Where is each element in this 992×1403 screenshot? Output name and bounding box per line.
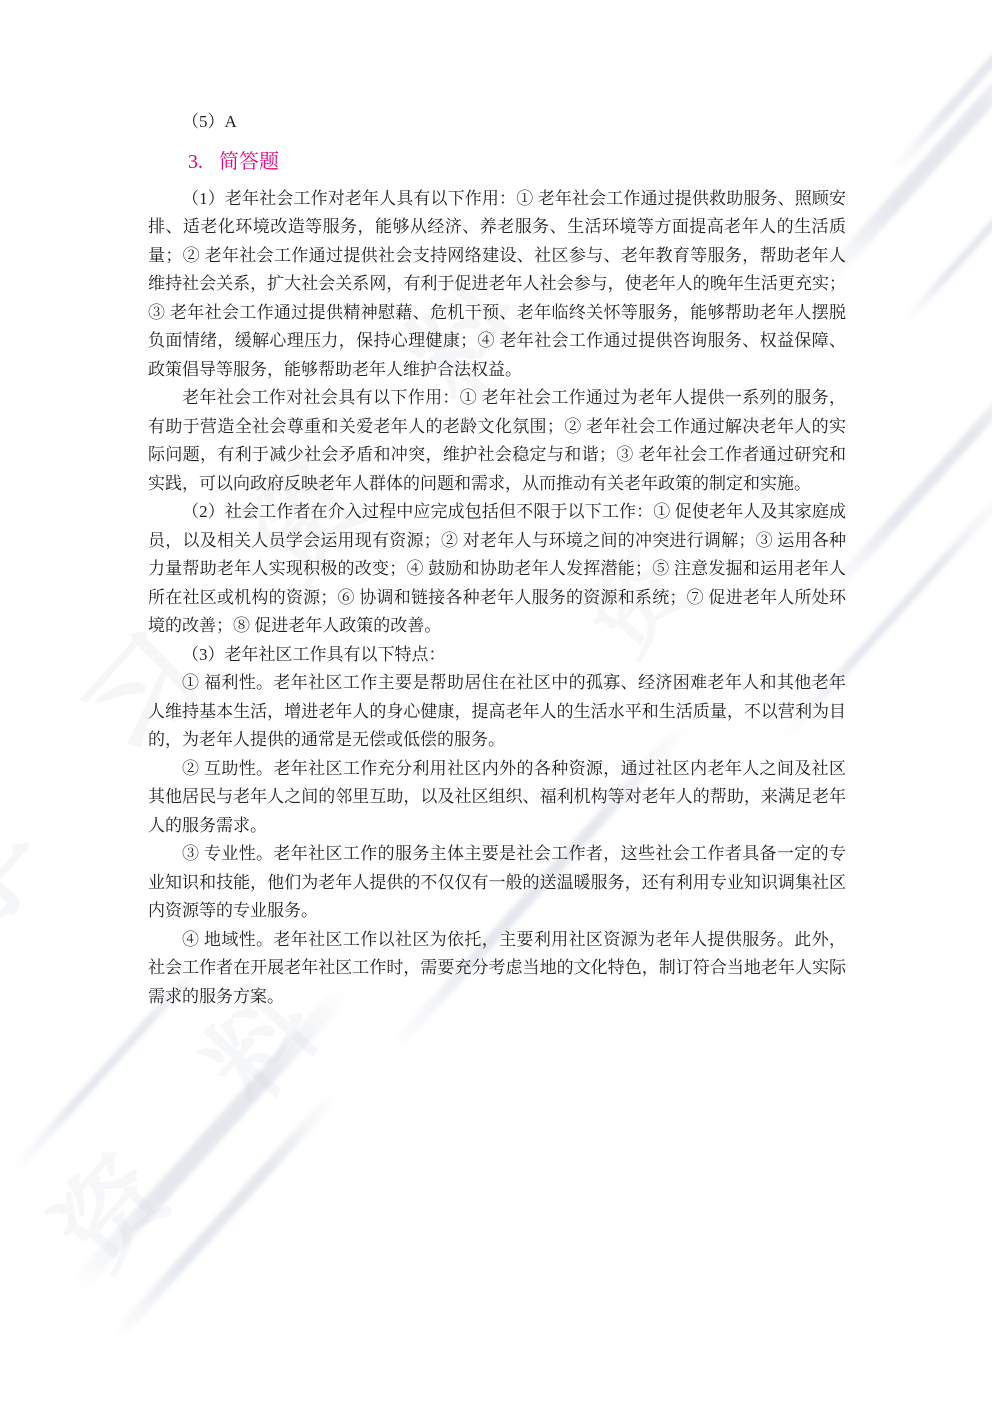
paragraph-answer-3-intro: （3）老年社区工作具有以下特点：: [148, 641, 846, 670]
watermark-streak: [889, 0, 992, 175]
paragraph-answer-1-society: 老年社会工作对社会具有以下作用：① 老年社会工作通过为老年人提供一系列的服务，有…: [148, 384, 846, 498]
watermark-streak: [902, 163, 992, 324]
paragraph-answer-1: （1）老年社会工作对老年人具有以下作用：① 老年社会工作通过提供救助服务、照顾安…: [148, 185, 846, 385]
section-heading: 3.简答题: [148, 147, 846, 177]
document-page: 学习资料 资料 资料 （5）A 3.简答题 （1）老年社会工作对老年人具有以下作…: [0, 0, 992, 1403]
paragraph-feature-professional: ③ 专业性。老年社区工作的服务主体主要是社会工作者，这些社会工作者具备一定的专业…: [148, 840, 846, 926]
section-number: 3.: [188, 151, 203, 173]
answer-item-5: （5）A: [148, 108, 846, 137]
watermark-streak: [69, 984, 350, 1293]
document-content: （5）A 3.简答题 （1）老年社会工作对老年人具有以下作用：① 老年社会工作通…: [148, 108, 846, 1011]
watermark-streak: [827, 357, 992, 595]
paragraph-feature-mutual-aid: ② 互助性。老年社区工作充分利用社区内外的各种资源，通过社区内老年人之间及社区其…: [148, 755, 846, 841]
paragraph-answer-2: （2）社会工作者在介入过程中应完成包括但不限于以下工作：① 促使老年人及其家庭成…: [148, 498, 846, 641]
paragraph-feature-welfare: ① 福利性。老年社区工作主要是帮助居住在社区中的孤寡、经济困难老年人和其他老年人…: [148, 669, 846, 755]
section-title: 简答题: [219, 151, 279, 173]
watermark-streak: [110, 1089, 340, 1342]
paragraph-feature-regional: ④ 地域性。老年社区工作以社区为依托，主要利用社区资源为老年人提供服务。此外，社…: [148, 926, 846, 1012]
